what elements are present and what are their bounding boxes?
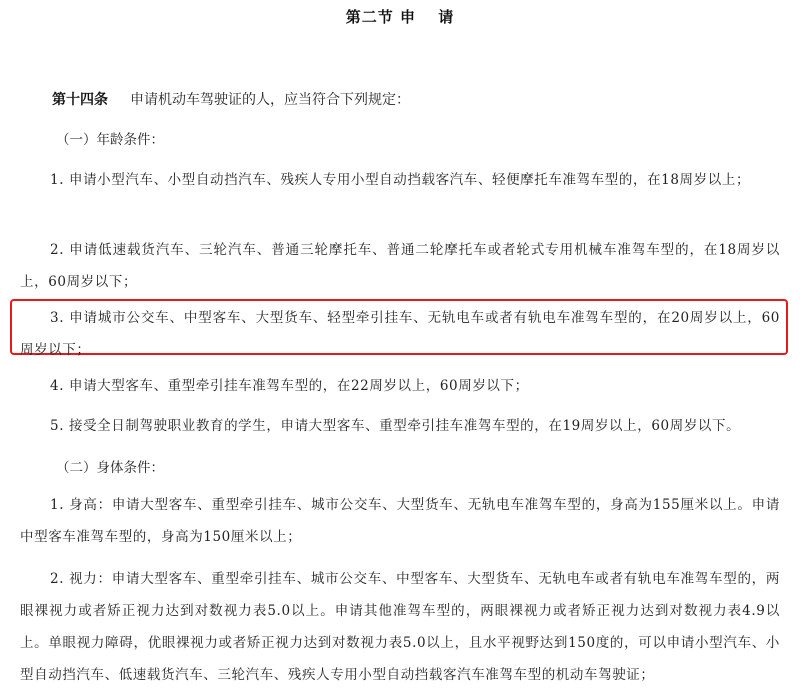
age-item-2: 2. 申请低速载货汽车、三轮汽车、普通三轮摩托车、普通二轮摩托车或者轮式专用机械…	[20, 234, 780, 298]
age-item-4: 4. 申请大型客车、重型牵引挂车准驾车型的，在22周岁以上，60周岁以下；	[20, 370, 780, 402]
article-label: 第十四条	[52, 92, 108, 108]
section-title: 第二节 申 请	[0, 6, 800, 27]
age-item-5: 5. 接受全日制驾驶职业教育的学生，申请大型客车、重型牵引挂车准驾车型的，在19…	[20, 410, 780, 442]
article-intro: 申请机动车驾驶证的人，应当符合下列规定：	[130, 92, 410, 108]
physical-item-2: 2. 视力：申请大型客车、重型牵引挂车、城市公交车、中型客车、大型货车、无轨电车…	[20, 563, 780, 691]
age-item-1: 1. 申请小型汽车、小型自动挡汽车、残疾人专用小型自动挡载客汽车、轻便摩托车准驾…	[20, 164, 780, 196]
physical-conditions-heading: （二）身体条件：	[56, 458, 164, 478]
age-item-3: 3. 申请城市公交车、中型客车、大型货车、轻型牵引挂车、无轨电车或者有轨电车准驾…	[20, 302, 780, 366]
article-14: 第十四条申请机动车驾驶证的人，应当符合下列规定：	[52, 89, 410, 109]
age-conditions-heading: （一）年龄条件：	[56, 130, 164, 150]
physical-item-1: 1. 身高：申请大型客车、重型牵引挂车、城市公交车、大型货车、无轨电车准驾车型的…	[20, 489, 780, 553]
